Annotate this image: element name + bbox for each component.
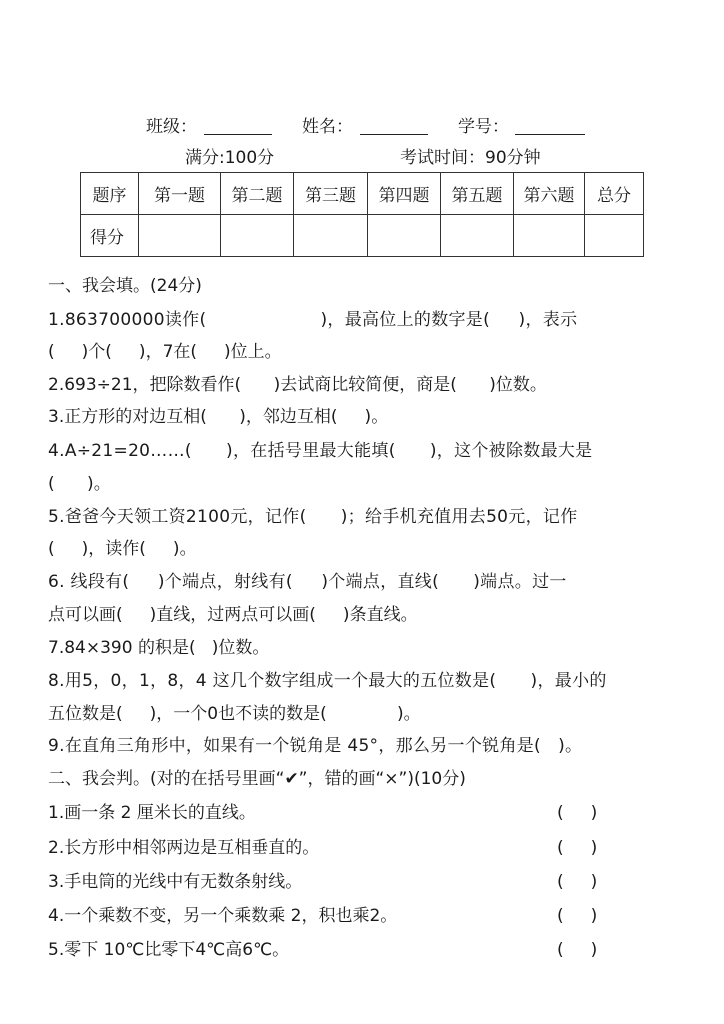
table-header-cell: 第二题 (221, 173, 294, 215)
section1-title: 一、我会填。(24分) (48, 275, 202, 297)
score-cell-q3[interactable] (294, 215, 368, 257)
score-cell-q4[interactable] (368, 215, 441, 257)
judge-answer-blank[interactable]: ( ) (557, 939, 597, 961)
judge-answer-blank[interactable]: ( ) (557, 905, 597, 927)
judge-answer-blank[interactable]: ( ) (557, 871, 597, 893)
judge-item-text: 4.一个乘数不变，另一个乘数乘 2，积也乘2。 (48, 905, 397, 927)
table-header-cell: 总分 (585, 173, 644, 215)
question-line: ( )个( )，7在( )位上。 (48, 341, 282, 363)
judge-item-text: 3.手电筒的光线中有无数条射线。 (48, 871, 302, 893)
question-line: 4.A÷21=20……( )，在括号里最大能填( )，这个被除数最大是 (48, 440, 592, 462)
question-line: 6. 线段有( )个端点，射线有( )个端点，直线( )端点。过一 (48, 571, 567, 593)
judge-item-text: 2.长方形中相邻两边是互相垂直的。 (48, 837, 319, 859)
exam-time-text: 考试时间：90分钟 (400, 147, 541, 169)
full-score-text: 满分:100分 (185, 147, 274, 169)
judge-item-text: 5.零下 10℃比零下4℃高6℃。 (48, 939, 289, 961)
section2-title: 二、我会判。(对的在括号里画“✔”，错的画“×”)(10分) (48, 768, 466, 790)
table-header-cell: 第一题 (139, 173, 221, 215)
table-header-cell: 第三题 (294, 173, 368, 215)
score-cell-total[interactable] (585, 215, 644, 257)
score-cell-q5[interactable] (441, 215, 514, 257)
question-line: 8.用5，0，1，8，4 这几个数字组成一个最大的五位数是( )，最小的 (48, 670, 607, 692)
class-input-line[interactable] (204, 118, 272, 135)
question-line: 7.84×390 的积是( )位数。 (48, 637, 269, 659)
question-line: 五位数是( )，一个0也不读的数是( )。 (48, 703, 421, 725)
score-cell-q6[interactable] (514, 215, 585, 257)
score-table-score-row: 得分 (81, 215, 644, 257)
table-header-cell: 题序 (81, 173, 139, 215)
table-header-cell: 第五题 (441, 173, 514, 215)
judge-item-text: 1.画一条 2 厘米长的直线。 (48, 802, 256, 824)
question-line: ( )，读作( )。 (48, 538, 197, 560)
score-cell-q2[interactable] (221, 215, 294, 257)
score-table: 题序 第一题 第二题 第三题 第四题 第五题 第六题 总分 得分 (80, 172, 644, 257)
name-label: 姓名： (302, 116, 353, 138)
judge-answer-blank[interactable]: ( ) (557, 837, 597, 859)
question-line: 3.正方形的对边互相( )，邻边互相( )。 (48, 406, 388, 428)
student-id-input-line[interactable] (515, 118, 585, 135)
class-label: 班级： (146, 116, 197, 138)
question-line: ( )。 (48, 473, 111, 495)
student-id-label: 学号： (458, 116, 509, 138)
name-input-line[interactable] (360, 118, 428, 135)
question-line: 5.爸爸今天领工资2100元，记作( )；给手机充值用去50元，记作 (48, 506, 578, 528)
question-line: 1.863700000读作( )，最高位上的数字是( )，表示 (48, 309, 577, 331)
score-table-header-row: 题序 第一题 第二题 第三题 第四题 第五题 第六题 总分 (81, 173, 644, 215)
question-line: 点可以画( )直线，过两点可以画( )条直线。 (48, 604, 418, 626)
judge-answer-blank[interactable]: ( ) (557, 802, 597, 824)
score-row-label: 得分 (81, 215, 139, 257)
question-line: 2.693÷21，把除数看作( )去试商比较简便，商是( )位数。 (48, 374, 547, 396)
question-line: 9.在直角三角形中，如果有一个锐角是 45°，那么另一个锐角是( )。 (48, 735, 582, 757)
table-header-cell: 第六题 (514, 173, 585, 215)
score-cell-q1[interactable] (139, 215, 221, 257)
table-header-cell: 第四题 (368, 173, 441, 215)
